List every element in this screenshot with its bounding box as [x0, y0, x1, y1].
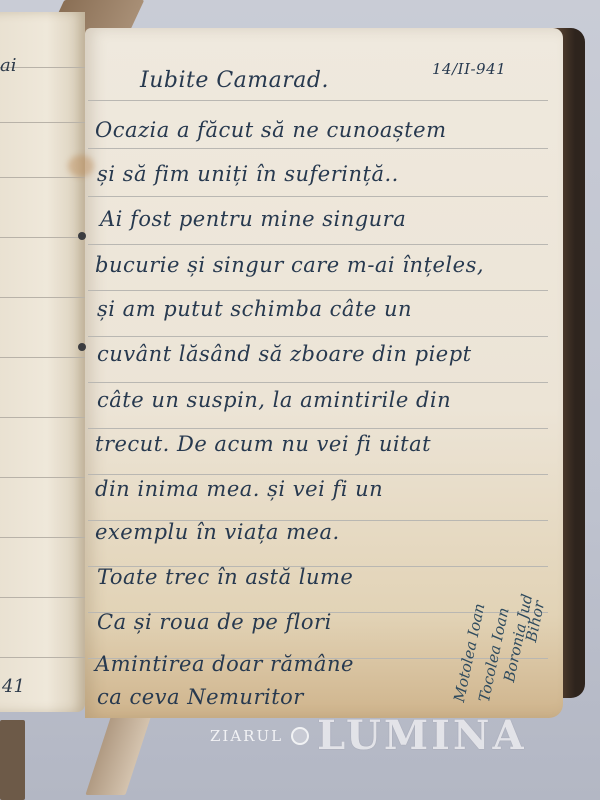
letter-line: exemplu în viața mea.	[95, 520, 340, 544]
letter-line: bucurie și singur care m-ai înțeles,	[95, 253, 484, 277]
letter-line: Amintirea doar rămâne	[95, 652, 354, 676]
letter-line: din inima mea. și vei fi un	[95, 477, 383, 501]
letter-line: Toate trec în astă lume	[97, 565, 353, 589]
left-page-fragment: ai	[0, 55, 17, 76]
ink-stain	[68, 155, 94, 177]
left-page	[0, 12, 85, 712]
watermark-prefix: ZIARUL	[210, 727, 283, 745]
letter-line: ca ceva Nemuritor	[97, 685, 304, 709]
letter-line: și să fim uniți în suferință..	[97, 162, 399, 186]
emblem-icon	[291, 727, 309, 745]
letter-line: câte un suspin, la amintirile din	[97, 388, 451, 412]
letter-heading: Iubite Camarad.	[140, 68, 329, 93]
bookmark-ribbon-bottom-left	[0, 720, 25, 800]
left-page-fragment: 41	[2, 676, 25, 697]
letter-line: Ca și roua de pe flori	[97, 610, 332, 634]
letter-line: Ocazia a făcut să ne cunoaștem	[95, 118, 447, 142]
watermark-name: LUMINA	[317, 712, 526, 759]
letter-line: cuvânt lăsând să zboare din piept	[97, 342, 472, 366]
binding-hole	[78, 343, 86, 351]
binding-hole	[78, 232, 86, 240]
watermark: ZIARUL LUMINA	[210, 712, 526, 759]
letter-line: Ai fost pentru mine singura	[100, 207, 406, 231]
bookmark-ribbon-bottom	[85, 705, 154, 795]
letter-line: trecut. De acum nu vei fi uitat	[95, 432, 431, 456]
letter-line: și am putut schimba câte un	[97, 297, 412, 321]
letter-date: 14/II-941	[432, 60, 506, 78]
